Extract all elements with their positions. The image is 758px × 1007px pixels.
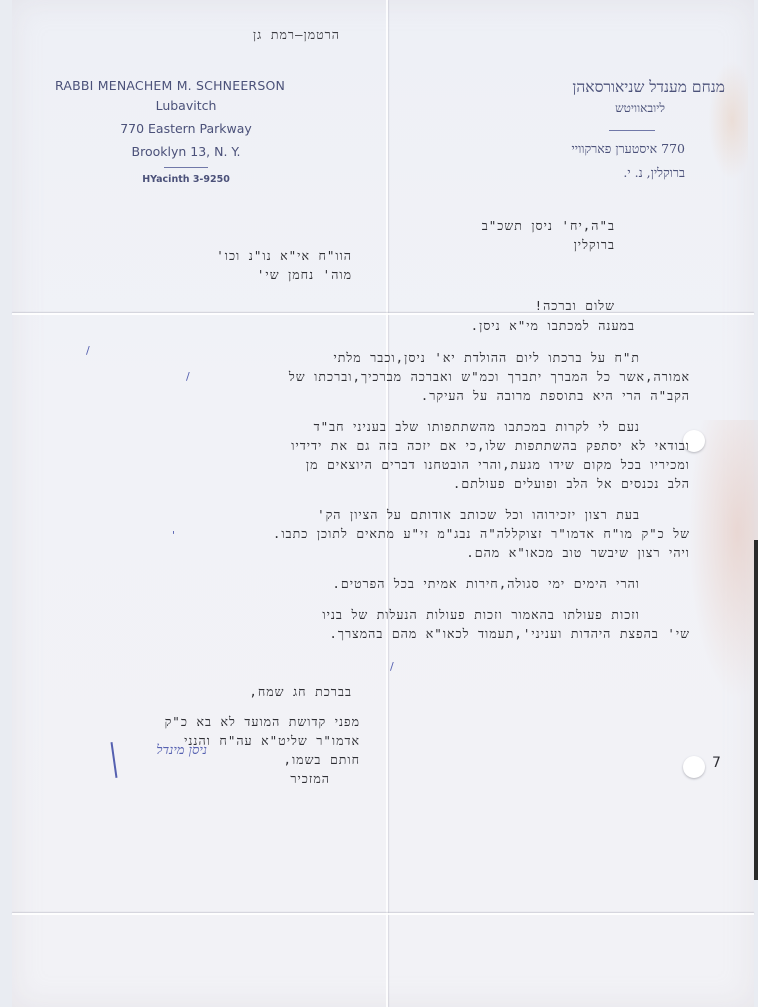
letterhead-subtitle: Lubavitch [40,98,332,113]
paragraph-participation: נעם לי לקרות במכתבו מהשתתפותו שלב בעניני… [30,417,690,493]
date-line: ב"ה,יח' ניסן תשכ"ב [350,216,615,235]
body-line: והרי הימים ימי סגולה,חירות אמיתי בכל הפר… [30,574,690,593]
body-line: נעם לי לקרות במכתבו מהשתתפותו שלב בעניני… [30,417,690,436]
note-line: מפני קדושת המועד לא בא כ"ק [110,712,360,731]
scan-edge [754,540,758,880]
opening-text: במענה למכתבו מי"א ניסן. [471,316,635,335]
divider [609,130,655,131]
letter-body: ת"ח על ברכתו ליום ההולדת יא' ניסן,וכבר מ… [30,348,690,655]
body-line: של כ"ק מו"ח אדמו"ר זצוקללה"ה נבג"מ זי"ע … [30,524,690,543]
paper-stain [688,420,758,700]
pen-mark: / [86,344,90,357]
pen-mark: / [186,370,190,383]
opening-line: במענה למכתבו מי"א ניסן. [150,316,615,335]
body-line: וזכות פעולתו בהאמור וזכות פעולות הנעלות … [30,605,690,624]
letterhead-address-hebrew: 770 איסטערן פארקוויי [455,141,725,157]
letterhead-city-hebrew: ברוקלין, נ. י. [455,165,725,181]
place-line: ברוקלין [350,235,615,254]
body-line: הלב נכנסים אל הלב ופועלים פעולתם. [30,474,690,493]
body-line: ויהי רצון שיבשר טוב מכאו"א מהם. [30,543,690,562]
pen-mark: 7 [712,755,721,771]
paragraph-thanks: ת"ח על ברכתו ליום ההולדת יא' ניסן,וכבר מ… [30,348,690,405]
letterhead-english: RABBI MENACHEM M. SCHNEERSON Lubavitch 7… [40,78,332,185]
body-line: ומכיריו בכל מקום שידו מגעת,והרי הובטחנו … [30,455,690,474]
addressee-line: מוה' נחמן שי' [150,265,352,284]
paragraph-merit: וזכות פעולתו בהאמור וזכות פעולות הנעלות … [30,605,690,643]
paragraph-pesach: והרי הימים ימי סגולה,חירות אמיתי בכל הפר… [30,574,690,593]
letterhead-address: 770 Eastern Parkway [40,121,332,136]
letterhead-subtitle-hebrew: ליובאוויטש [455,101,725,116]
pen-mark: ' [172,529,175,542]
letterhead-hebrew: מנחם מענדל שניאורסאהן ליובאוויטש 770 איס… [455,78,725,181]
pen-mark: / [390,660,394,673]
addressee-line: הוו"ח אי"א נו"נ וכו' [150,246,352,265]
body-line: ת"ח על ברכתו ליום ההולדת יא' ניסן,וכבר מ… [30,348,690,367]
closing-line: בברכת חג שמח, [100,682,352,701]
divider [164,167,208,168]
body-line: שי' בהפצת היהדות ועניני',תעמוד לכאו"א מה… [30,624,690,643]
received-stamp: הרטמן–רמת גן [200,25,340,44]
handwritten-signature: ניסן מינדל [112,742,207,782]
salutation: שלום וברכה! [350,296,615,315]
letterhead-name-hebrew: מנחם מענדל שניאורסאהן [455,78,725,97]
addressee-block: הוו"ח אי"א נו"נ וכו' מוה' נחמן שי' [150,246,352,284]
body-line: הקב"ה הרי היא בתוספת מרובה על העיקר. [30,386,690,405]
body-line: אמורה,אשר כל המברך יתברך וכמ"ש ואברכה מב… [30,367,690,386]
body-line: ובודאי לא יסתפק בהשתתפות שלו,כי אם יזכה … [30,436,690,455]
letterhead-city: Brooklyn 13, N. Y. [40,144,332,159]
paragraph-ohel: בעת רצון יזכירוהו וכל שכותב אודותם על הצ… [30,505,690,562]
letterhead-phone: HYacinth 3-9250 [40,174,332,185]
body-line: בעת רצון יזכירוהו וכל שכותב אודותם על הצ… [30,505,690,524]
letterhead-name: RABBI MENACHEM M. SCHNEERSON [40,78,332,93]
fold-crease-horizontal [12,913,754,915]
punch-hole [683,756,705,778]
date-block: ב"ה,יח' ניסן תשכ"ב ברוקלין [350,216,615,254]
